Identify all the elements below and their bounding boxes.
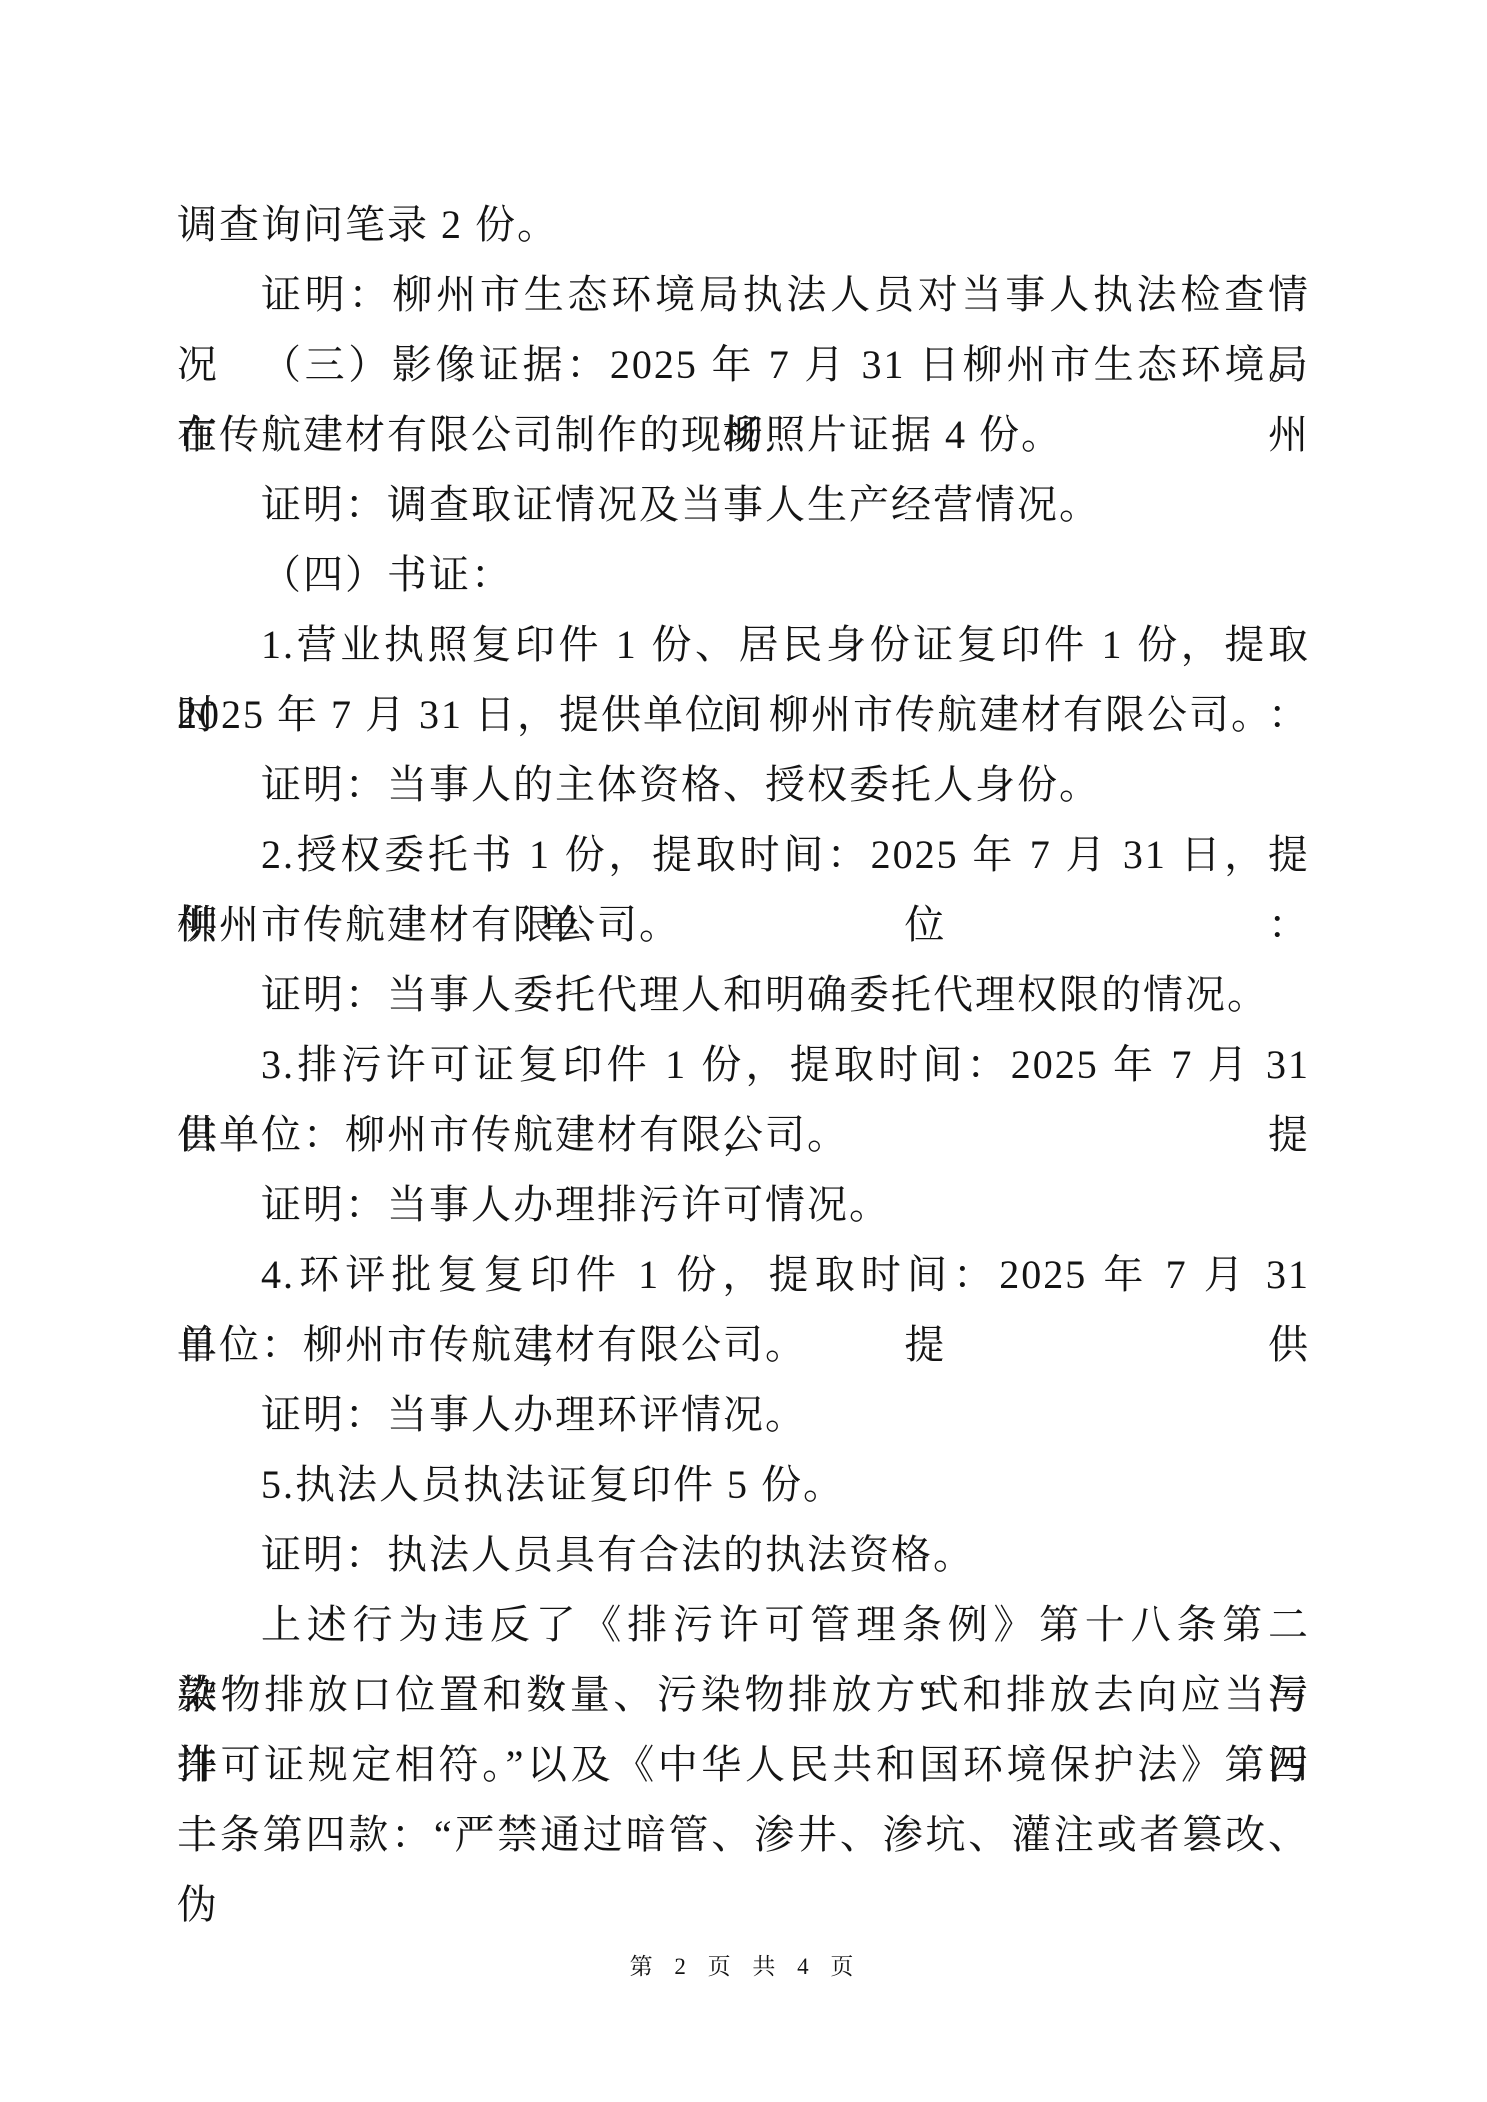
document-line: 1.营业执照复印件 1 份、居民身份证复印件 1 份，提取时间： xyxy=(177,610,1310,680)
document-body: 调查询问笔录 2 份。证明：柳州市生态环境局执法人员对当事人执法检查情况。（三）… xyxy=(177,190,1310,1870)
document-line: 证明：柳州市生态环境局执法人员对当事人执法检查情况。 xyxy=(177,260,1310,330)
document-line: 2.授权委托书 1 份，提取时间：2025 年 7 月 31 日，提供单位： xyxy=(177,820,1310,890)
document-line: 证明：当事人办理排污许可情况。 xyxy=(177,1170,1310,1240)
document-line: 调查询问笔录 2 份。 xyxy=(177,190,1310,260)
document-line: 证明：调查取证情况及当事人生产经营情况。 xyxy=(177,470,1310,540)
document-line: 二条第四款：“严禁通过暗管、渗井、渗坑、灌注或者篡改、伪 xyxy=(177,1800,1310,1870)
document-line: 证明：执法人员具有合法的执法资格。 xyxy=(177,1520,1310,1590)
document-line: 2025 年 7 月 31 日，提供单位：柳州市传航建材有限公司。 xyxy=(177,680,1310,750)
document-line: 证明：当事人的主体资格、授权委托人身份。 xyxy=(177,750,1310,820)
document-page: 调查询问笔录 2 份。证明：柳州市生态环境局执法人员对当事人执法检查情况。（三）… xyxy=(0,0,1487,2102)
document-line: 许可证规定相符。”以及《中华人民共和国环境保护法》第四十 xyxy=(177,1730,1310,1800)
document-line: 5.执法人员执法证复印件 5 份。 xyxy=(177,1450,1310,1520)
document-line: 染物排放口位置和数量、污染物排放方式和排放去向应当与排污 xyxy=(177,1660,1310,1730)
page-number: 第 2 页 共 4 页 xyxy=(630,1954,858,1979)
document-line: 证明：当事人委托代理人和明确委托代理权限的情况。 xyxy=(177,960,1310,1030)
document-line: （四）书证： xyxy=(177,540,1310,610)
document-line: 3.排污许可证复印件 1 份，提取时间：2025 年 7 月 31 日，提 xyxy=(177,1030,1310,1100)
page-footer: 第 2 页 共 4 页 xyxy=(0,1948,1487,1981)
document-line: 上述行为违反了《排污许可管理条例》第十八条第二款：“污 xyxy=(177,1590,1310,1660)
document-line: （三）影像证据：2025 年 7 月 31 日柳州市生态环境局在柳州 xyxy=(177,330,1310,400)
document-line: 4.环评批复复印件 1 份，提取时间：2025 年 7 月 31 日，提供 xyxy=(177,1240,1310,1310)
document-line: 证明：当事人办理环评情况。 xyxy=(177,1380,1310,1450)
